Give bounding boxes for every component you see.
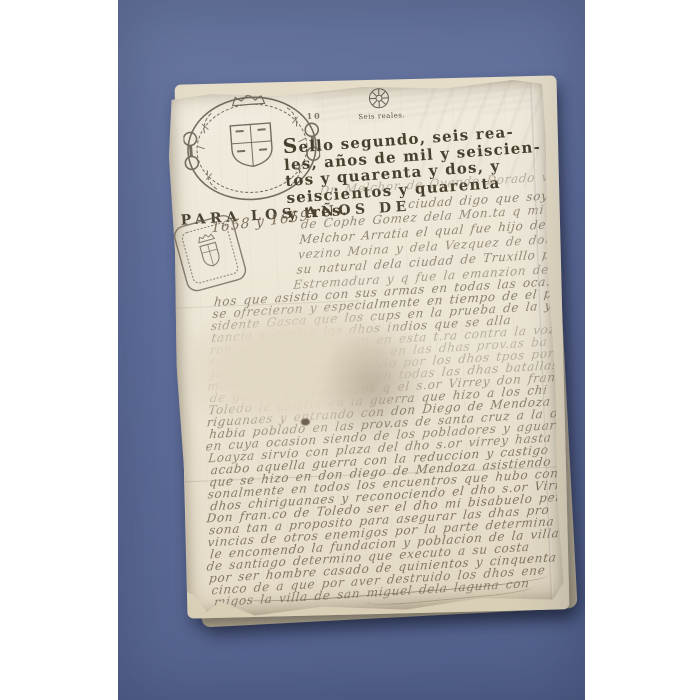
photo-background: 10 Seis reales. Sello segundo, seis rea-… — [118, 0, 585, 700]
photograph: 10 Seis reales. Sello segundo, seis rea-… — [0, 0, 700, 700]
manuscript-page: 10 Seis reales. Sello segundo, seis rea-… — [166, 79, 565, 619]
ink-bleed-stain — [315, 324, 430, 448]
